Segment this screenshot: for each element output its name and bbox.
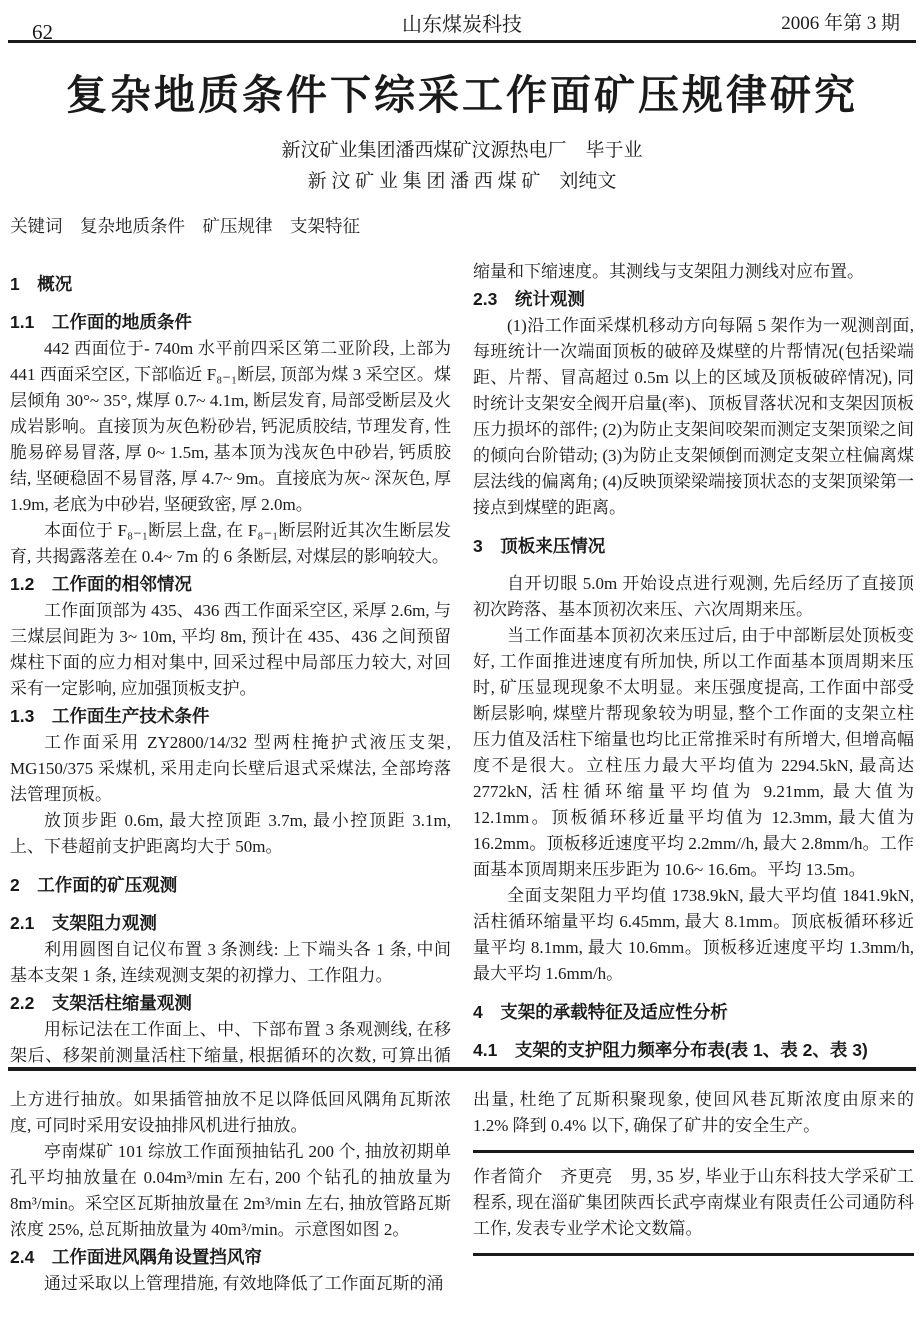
article-title: 复杂地质条件下综采工作面矿压规律研究 (10, 69, 914, 121)
paragraph: 放顶步距 0.6m, 最大控顶距 3.7m, 最小控顶距 3.1m, 上、下巷超… (10, 808, 451, 860)
issue-label: 2006 年第 3 期 (781, 8, 900, 35)
divider-rule (473, 1253, 914, 1256)
author-line-2: 新 汶 矿 业 集 团 潘 西 煤 矿 刘纯文 (10, 166, 914, 197)
keywords-text: 复杂地质条件 矿压规律 支架特征 (80, 216, 360, 236)
paragraph: 用标记法在工作面上、中、下部布置 3 条观测线, 在移架后、移架前测量活柱下缩量… (10, 1017, 451, 1067)
paragraph: 通过采取以上管理措施, 有效地降低了工作面瓦斯的涌 (10, 1271, 451, 1297)
section-heading: 2 工作面的矿压观测 (10, 872, 451, 898)
paragraph: 本面位于 F₈₋₁断层上盘, 在 F₈₋₁断层附近其次生断层发育, 共揭露落差在… (10, 518, 451, 570)
body-column-left: 1 概况1.1 工作面的地质条件442 西面位于- 740m 水平前四采区第二亚… (10, 259, 451, 1067)
paragraph: 作者简介 齐更亮 男, 35 岁, 毕业于山东科技大学采矿工程系, 现在淄矿集团… (473, 1164, 914, 1242)
paragraph: (1)沿工作面采煤机移动方向每隔 5 架作为一观测剖面, 每班统计一次端面顶板的… (473, 313, 914, 521)
author-line-1: 新汶矿业集团潘西煤矿汶源热电厂 毕于业 (10, 135, 914, 166)
paragraph: 自开切眼 5.0m 开始设点进行观测, 先后经历了直接顶初次跨落、基本顶初次来压… (473, 571, 914, 623)
paragraph: 全面支架阻力平均值 1738.9kN, 最大平均值 1841.9kN, 活柱循环… (473, 883, 914, 987)
section-heading: 1 概况 (10, 271, 451, 297)
footer-column-right: 出量, 杜绝了瓦斯积聚现象, 使回风巷瓦斯浓度由原来的 1.2% 降到 0.4%… (473, 1087, 914, 1297)
page-header: 62 山东煤炭科技 2006 年第 3 期 (10, 0, 914, 43)
section-heading: 4 支架的承载特征及适应性分析 (473, 999, 914, 1025)
header-rule (8, 40, 916, 43)
footer-column-left: 上方进行抽放。如果插管抽放不足以降低回风隅角瓦斯浓度, 可同时采用安设抽排风机进… (10, 1087, 451, 1297)
paragraph: 442 西面位于- 740m 水平前四采区第二亚阶段, 上部为 441 西面采空… (10, 336, 451, 518)
author-block: 新汶矿业集团潘西煤矿汶源热电厂 毕于业 新 汶 矿 业 集 团 潘 西 煤 矿 … (10, 135, 914, 197)
paragraph: 工作面顶部为 435、436 西工作面采空区, 采厚 2.6m, 与三煤层间距为… (10, 598, 451, 702)
divider-rule (473, 1150, 914, 1153)
paragraph: 缩量和下缩速度。其测线与支架阻力测线对应布置。 (473, 259, 914, 285)
section-heading: 1.3 工作面生产技术条件 (10, 703, 451, 729)
footer-separator-rule (8, 1067, 916, 1071)
section-heading: 1.1 工作面的地质条件 (10, 309, 451, 335)
article-body: 1 概况1.1 工作面的地质条件442 西面位于- 740m 水平前四采区第二亚… (10, 259, 914, 1067)
body-column-right: 缩量和下缩速度。其测线与支架阻力测线对应布置。2.3 统计观测(1)沿工作面采煤… (473, 259, 914, 1067)
paragraph: 当工作面基本顶初次来压过后, 由于中部断层处顶板变好, 工作面推进速度有所加快,… (473, 623, 914, 883)
paragraph: 亭南煤矿 101 综放工作面预抽钻孔 200 个, 抽放初期单孔平均抽放量在 0… (10, 1139, 451, 1243)
paragraph: 出量, 杜绝了瓦斯积聚现象, 使回风巷瓦斯浓度由原来的 1.2% 降到 0.4%… (473, 1087, 914, 1139)
journal-title: 山东煤炭科技 (10, 8, 914, 37)
journal-page: 62 山东煤炭科技 2006 年第 3 期 复杂地质条件下综采工作面矿压规律研究… (0, 0, 924, 1319)
section-heading: 1.2 工作面的相邻情况 (10, 571, 451, 597)
section-heading: 2.3 统计观测 (473, 286, 914, 312)
keywords-line: 关键词复杂地质条件 矿压规律 支架特征 (10, 213, 914, 239)
paragraph: 工作面采用 ZY2800/14/32 型两柱掩护式液压支架, MG150/375… (10, 730, 451, 808)
keywords-label: 关键词 (10, 216, 63, 236)
paragraph: 利用圆图自记仪布置 3 条测线: 上下端头各 1 条, 中间基本支架 1 条, … (10, 937, 451, 989)
section-heading: 2.1 支架阻力观测 (10, 910, 451, 936)
section-heading: 2.4 工作面进风隅角设置挡风帘 (10, 1244, 451, 1270)
section-heading: 3 顶板来压情况 (473, 533, 914, 559)
section-heading: 4.1 支架的支护阻力频率分布表(表 1、表 2、表 3) (473, 1037, 914, 1063)
paragraph: 上方进行抽放。如果插管抽放不足以降低回风隅角瓦斯浓度, 可同时采用安设抽排风机进… (10, 1087, 451, 1139)
section-heading: 2.2 支架活柱缩量观测 (10, 990, 451, 1016)
page-footer: 上方进行抽放。如果插管抽放不足以降低回风隅角瓦斯浓度, 可同时采用安设抽排风机进… (10, 1087, 914, 1297)
